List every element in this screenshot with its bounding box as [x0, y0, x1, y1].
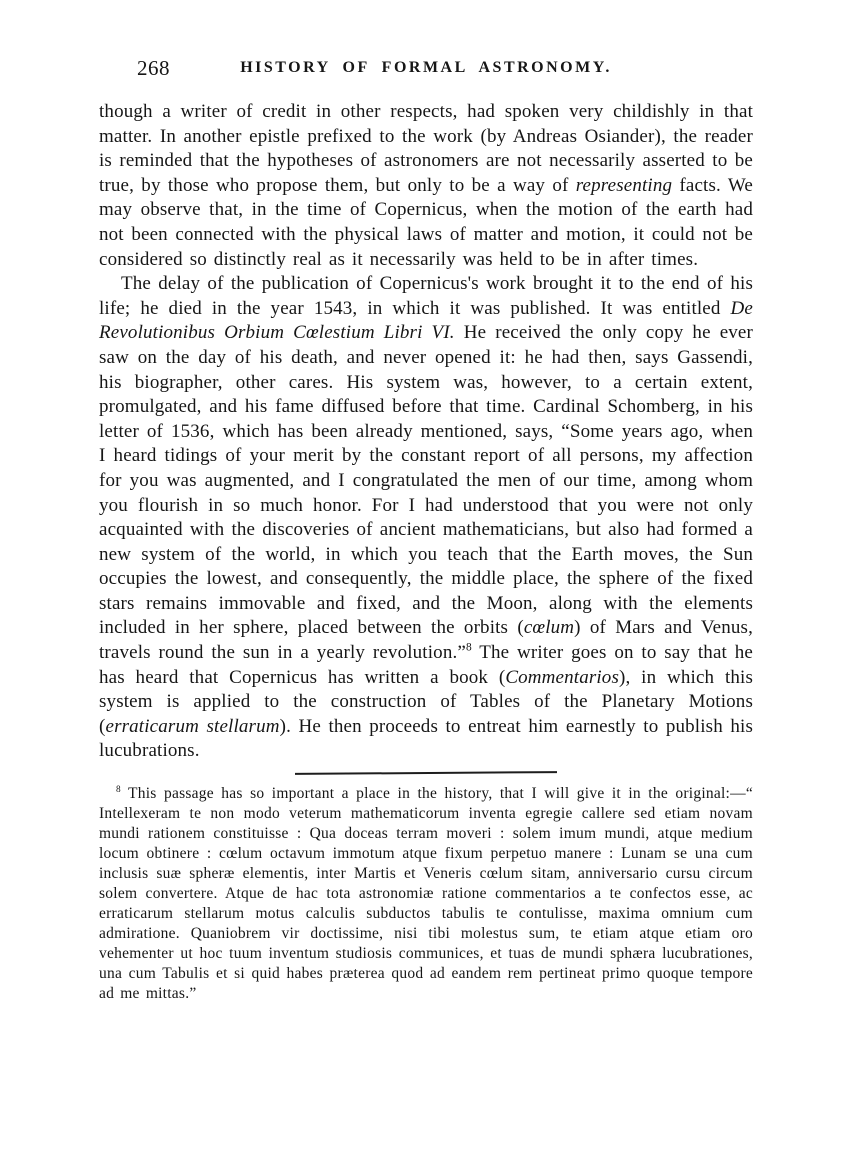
text-block: 268 HISTORY OF FORMAL ASTRONOMY. though …	[99, 56, 753, 1004]
page-number: 268	[137, 56, 170, 81]
footnote-separator-rule	[295, 771, 557, 775]
running-title: HISTORY OF FORMAL ASTRONOMY.	[99, 56, 753, 77]
running-header: 268 HISTORY OF FORMAL ASTRONOMY.	[99, 56, 753, 86]
book-page: 268 HISTORY OF FORMAL ASTRONOMY. though …	[0, 0, 850, 1150]
footnote: 8 This passage has so important a place …	[99, 784, 753, 1004]
paragraph-continued: though a writer of credit in other respe…	[99, 100, 753, 272]
paragraph-delay-of-publication: The delay of the publication of Copernic…	[99, 272, 753, 764]
footnote-text: 8 This passage has so important a place …	[99, 784, 753, 1004]
body-text: though a writer of credit in other respe…	[99, 100, 753, 764]
